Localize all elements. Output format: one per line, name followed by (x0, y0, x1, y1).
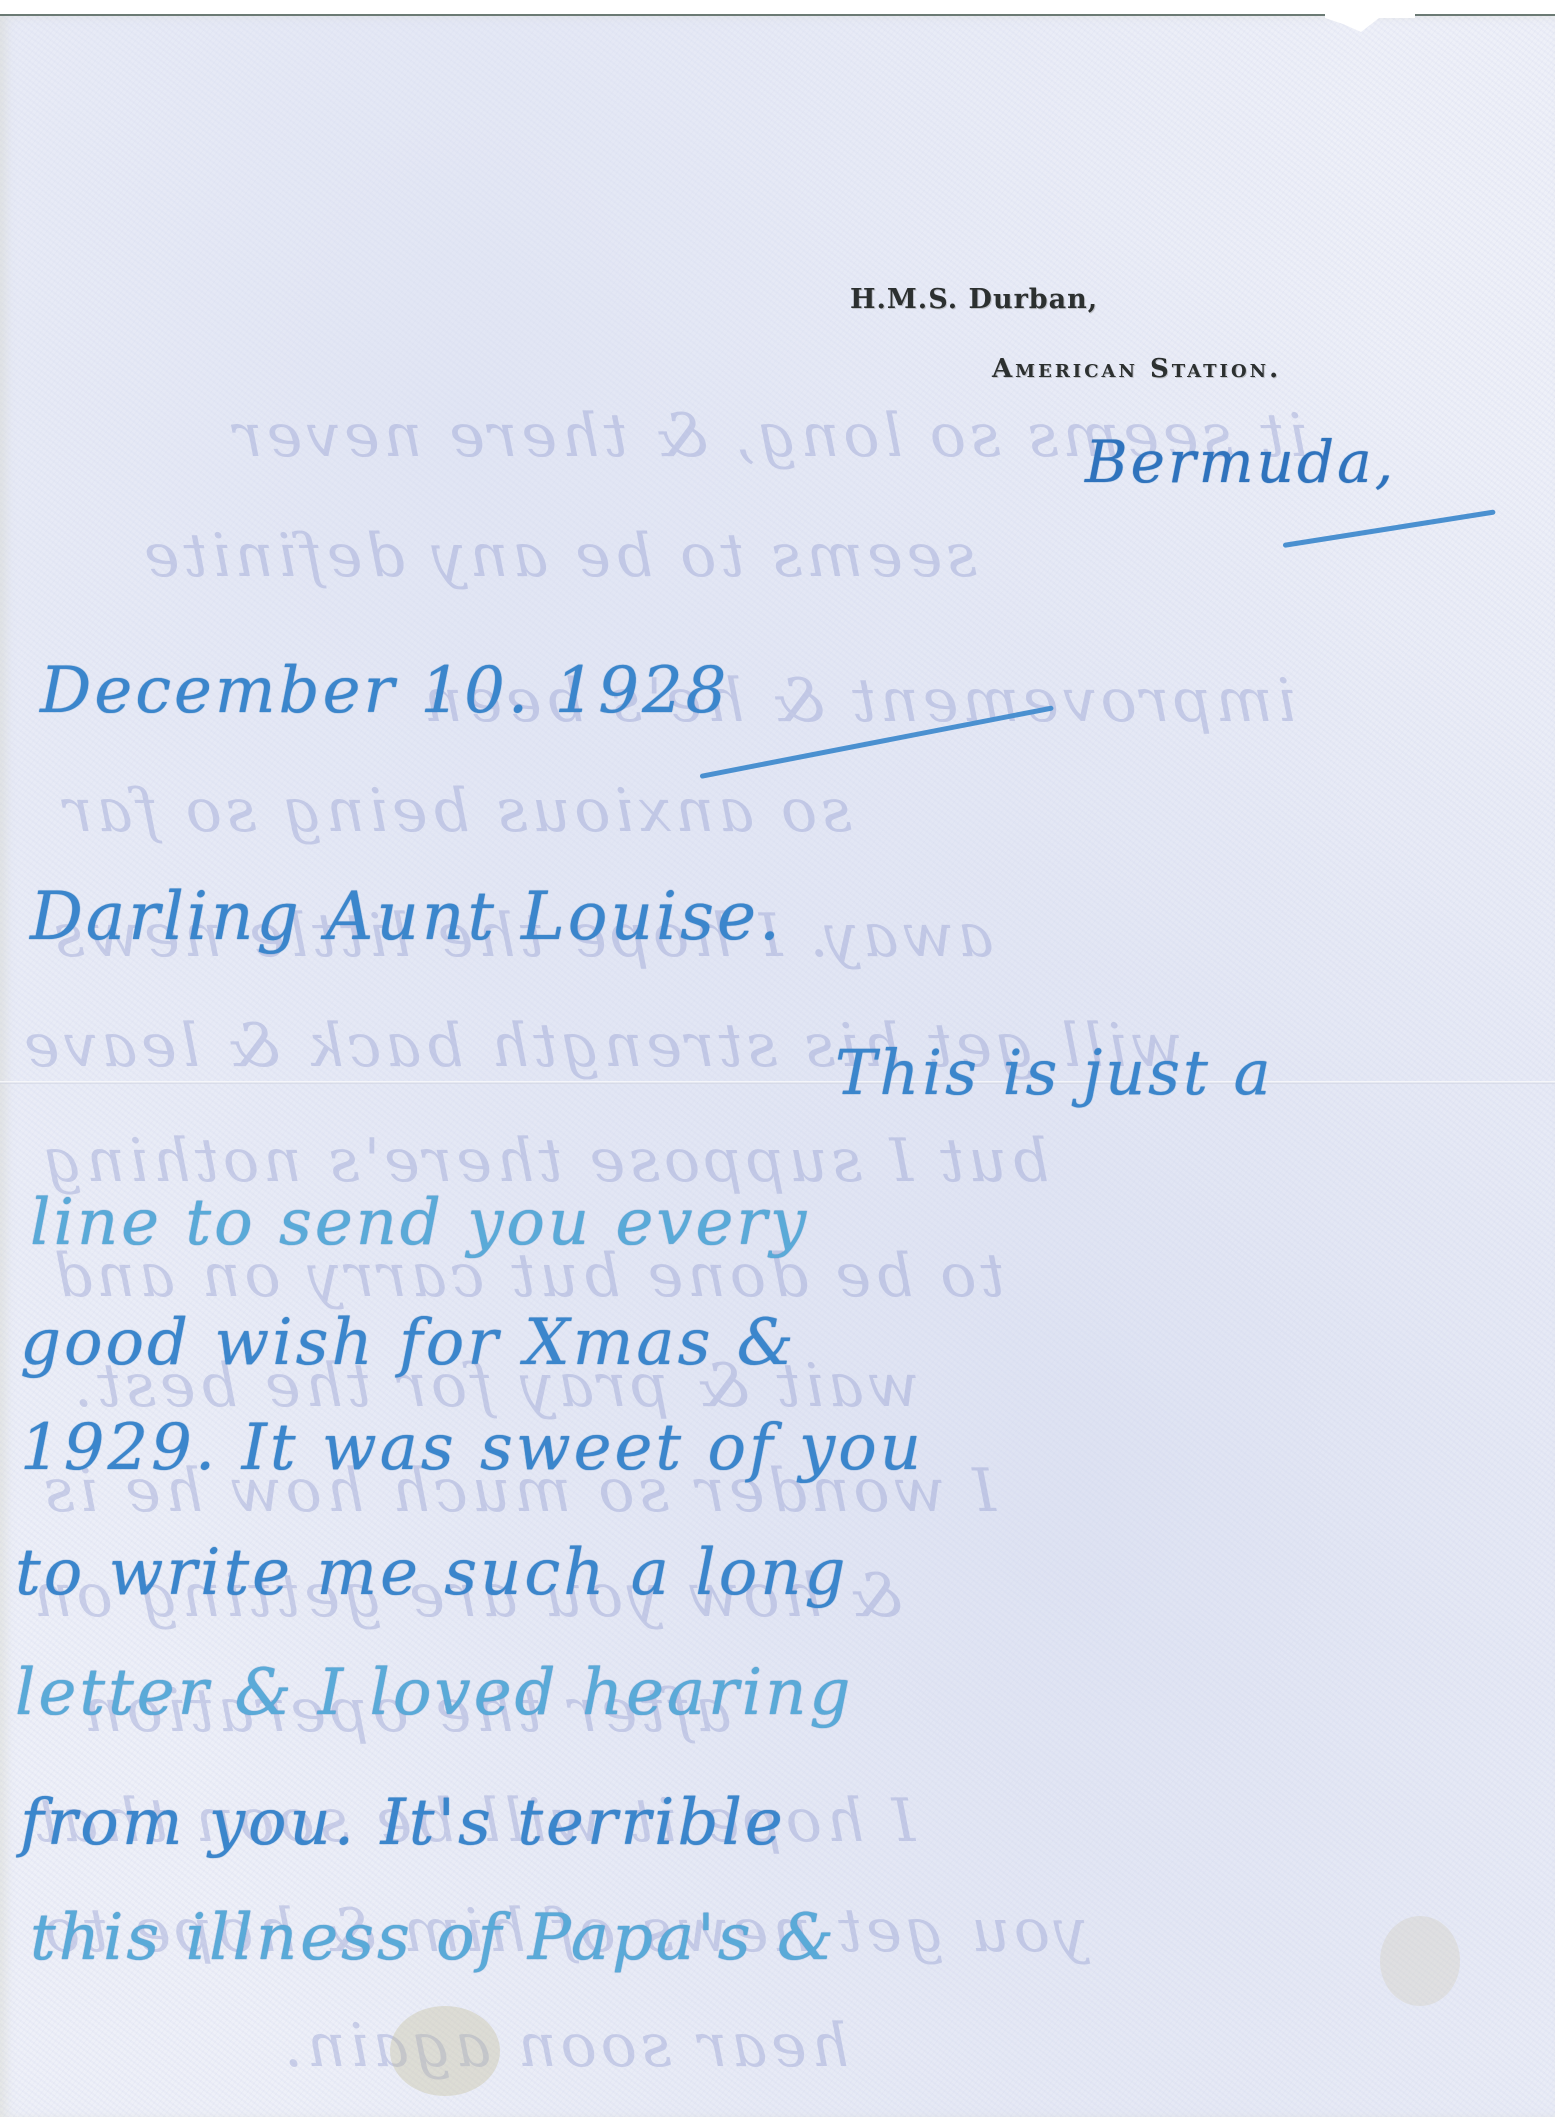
letter-place: Bermuda, (1085, 428, 1396, 496)
letter-body-line: to write me such a long (15, 1536, 848, 1610)
letter-body-line: This is just a (835, 1036, 1274, 1109)
letter-body-line: this illness of Papa's & (30, 1901, 837, 1975)
bleed-through-line: hear soon again. (280, 2011, 849, 2081)
letterhead-station: American Station. (992, 354, 1281, 384)
bleed-through-line: seems to be any definite (140, 521, 977, 591)
letter-body-line: good wish for Xmas & (20, 1306, 797, 1380)
paper-stain (1380, 1916, 1460, 2006)
bleed-through-line: so anxious being so far (60, 776, 852, 846)
paper-fold (0, 1081, 1555, 1084)
letter-sheet: it seems so long, & there never seems to… (0, 14, 1555, 2117)
paper-stain (390, 2006, 500, 2096)
letter-body-line: line to send you every (30, 1186, 809, 1260)
place-underline (1283, 509, 1496, 548)
letter-body-line: from you. It's terrible (20, 1786, 786, 1860)
letter-salutation: Darling Aunt Louise. (30, 878, 783, 955)
letter-body-line: 1929. It was sweet of you (20, 1411, 924, 1485)
letterhead-ship-name: H.M.S. Durban, (850, 284, 1098, 315)
letter-body-line: letter & I loved hearing (15, 1656, 853, 1730)
letter-date: December 10. 1928 (40, 654, 729, 728)
